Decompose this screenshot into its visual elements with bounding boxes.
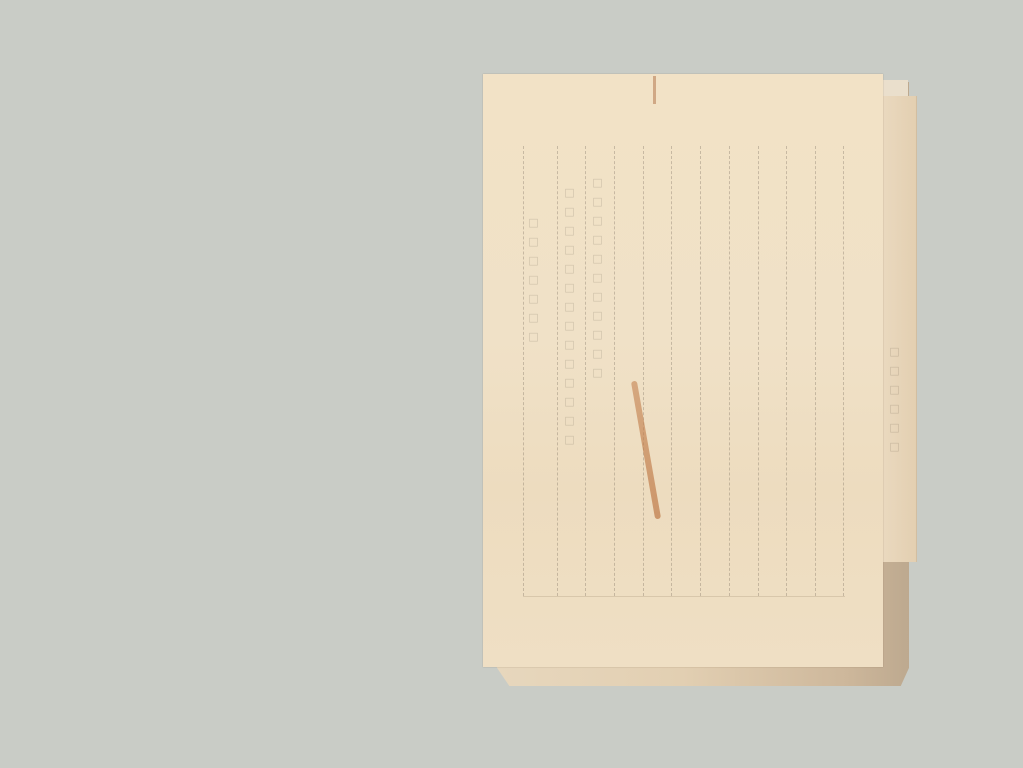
grid-line [585, 146, 586, 596]
grid-line [614, 146, 615, 596]
fold-mark [653, 76, 656, 104]
grid-line [700, 146, 701, 596]
grid-line [643, 146, 644, 596]
column-text: □□□□□□□□□□□□□□ [563, 186, 576, 452]
middle-sheet [882, 96, 917, 562]
column-text: □□□□□□□ [527, 216, 540, 349]
grid-bottom [523, 596, 845, 597]
grid-line [557, 146, 558, 596]
ruled-grid: □□□□□□□ □□□□□□□□□□□□□□ □□□□□□□□□□□ [523, 146, 845, 596]
grid-line [843, 146, 844, 596]
column-text: □□□□□□□□□□□ [591, 176, 604, 385]
grid-line [758, 146, 759, 596]
grid-line [786, 146, 787, 596]
grid-line [815, 146, 816, 596]
grid-line [671, 146, 672, 596]
side-sheet-text: □□□□□□ [888, 345, 901, 459]
front-sheet: □□□□□□□ □□□□□□□□□□□□□□ □□□□□□□□□□□ [483, 74, 883, 667]
grid-line [523, 146, 524, 596]
grid-line [729, 146, 730, 596]
